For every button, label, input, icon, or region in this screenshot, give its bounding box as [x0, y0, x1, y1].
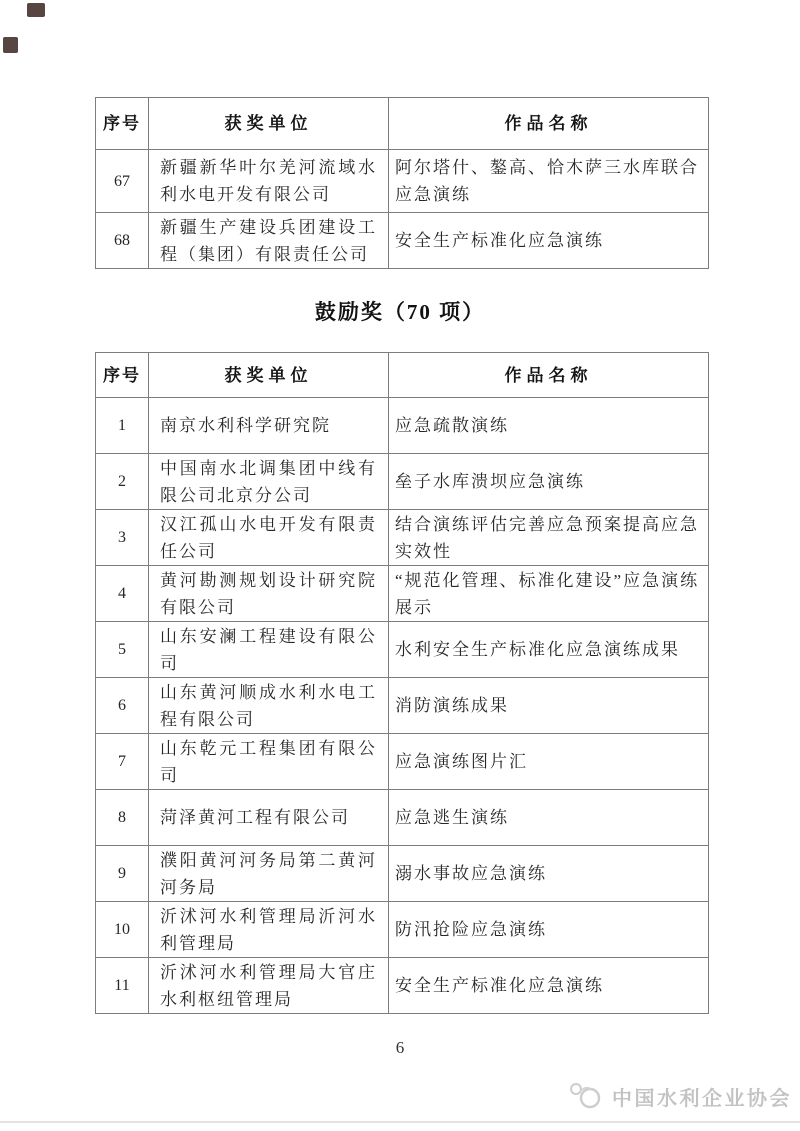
column-header-unit: 获奖单位 — [149, 353, 389, 398]
table-row: 5山东安澜工程建设有限公司水利安全生产标准化应急演练成果 — [96, 622, 709, 678]
award-table-top: 序号 获奖单位 作品名称 67新疆新华叶尔羌河流域水利水电开发有限公司阿尔塔什、… — [95, 97, 709, 269]
row-number-cell: 7 — [96, 734, 149, 790]
column-header-number: 序号 — [96, 98, 149, 150]
water-association-logo-icon — [567, 1080, 605, 1112]
unit-cell: 濮阳黄河河务局第二黄河河务局 — [149, 846, 389, 902]
column-header-number: 序号 — [96, 353, 149, 398]
work-cell: 防汛抢险应急演练 — [389, 902, 709, 958]
unit-cell: 沂沭河水利管理局沂河水利管理局 — [149, 902, 389, 958]
work-cell: 溺水事故应急演练 — [389, 846, 709, 902]
row-number-cell: 4 — [96, 566, 149, 622]
work-cell: 应急演练图片汇 — [389, 734, 709, 790]
page-number: 6 — [0, 1038, 800, 1058]
work-cell: 应急逃生演练 — [389, 790, 709, 846]
unit-cell: 山东黄河顺成水利水电工程有限公司 — [149, 678, 389, 734]
unit-cell: 山东安澜工程建设有限公司 — [149, 622, 389, 678]
column-header-unit: 获奖单位 — [149, 98, 389, 150]
unit-cell: 中国南水北调集团中线有限公司北京分公司 — [149, 454, 389, 510]
document-page: 序号 获奖单位 作品名称 67新疆新华叶尔羌河流域水利水电开发有限公司阿尔塔什、… — [0, 0, 800, 1131]
scan-artifact-mark — [27, 3, 45, 17]
unit-cell: 沂沭河水利管理局大官庄水利枢纽管理局 — [149, 958, 389, 1014]
row-number-cell: 3 — [96, 510, 149, 566]
table-header-row: 序号 获奖单位 作品名称 — [96, 353, 709, 398]
table-row: 11沂沭河水利管理局大官庄水利枢纽管理局安全生产标准化应急演练 — [96, 958, 709, 1014]
work-cell: 消防演练成果 — [389, 678, 709, 734]
row-number-cell: 68 — [96, 213, 149, 269]
unit-cell: 山东乾元工程集团有限公司 — [149, 734, 389, 790]
scan-artifact-mark — [3, 37, 18, 53]
table-row: 67新疆新华叶尔羌河流域水利水电开发有限公司阿尔塔什、鏊高、恰木萨三水库联合应急… — [96, 150, 709, 213]
row-number-cell: 2 — [96, 454, 149, 510]
row-number-cell: 1 — [96, 398, 149, 454]
unit-cell: 汉江孤山水电开发有限责任公司 — [149, 510, 389, 566]
column-header-work: 作品名称 — [389, 98, 709, 150]
row-number-cell: 5 — [96, 622, 149, 678]
table-row: 10沂沭河水利管理局沂河水利管理局防汛抢险应急演练 — [96, 902, 709, 958]
row-number-cell: 8 — [96, 790, 149, 846]
table-row: 4黄河勘测规划设计研究院有限公司“规范化管理、标准化建设”应急演练展示 — [96, 566, 709, 622]
unit-cell: 黄河勘测规划设计研究院有限公司 — [149, 566, 389, 622]
work-cell: 结合演练评估完善应急预案提高应急实效性 — [389, 510, 709, 566]
unit-cell: 菏泽黄河工程有限公司 — [149, 790, 389, 846]
table-row: 3汉江孤山水电开发有限责任公司结合演练评估完善应急预案提高应急实效性 — [96, 510, 709, 566]
table-row: 1南京水利科学研究院应急疏散演练 — [96, 398, 709, 454]
column-header-work: 作品名称 — [389, 353, 709, 398]
unit-cell: 南京水利科学研究院 — [149, 398, 389, 454]
row-number-cell: 9 — [96, 846, 149, 902]
table-row: 2中国南水北调集团中线有限公司北京分公司垒子水库溃坝应急演练 — [96, 454, 709, 510]
row-number-cell: 11 — [96, 958, 149, 1014]
table-row: 8菏泽黄河工程有限公司应急逃生演练 — [96, 790, 709, 846]
unit-cell: 新疆生产建设兵团建设工程（集团）有限责任公司 — [149, 213, 389, 269]
work-cell: 应急疏散演练 — [389, 398, 709, 454]
section-title: 鼓励奖（70 项） — [0, 296, 800, 326]
work-cell: 阿尔塔什、鏊高、恰木萨三水库联合应急演练 — [389, 150, 709, 213]
table-row: 9濮阳黄河河务局第二黄河河务局溺水事故应急演练 — [96, 846, 709, 902]
table-header-row: 序号 获奖单位 作品名称 — [96, 98, 709, 150]
association-name-watermark: 中国水利企业协会 — [612, 1082, 792, 1111]
work-cell: 安全生产标准化应急演练 — [389, 213, 709, 269]
row-number-cell: 10 — [96, 902, 149, 958]
unit-cell: 新疆新华叶尔羌河流域水利水电开发有限公司 — [149, 150, 389, 213]
row-number-cell: 6 — [96, 678, 149, 734]
table-row: 7山东乾元工程集团有限公司应急演练图片汇 — [96, 734, 709, 790]
table-row: 6山东黄河顺成水利水电工程有限公司消防演练成果 — [96, 678, 709, 734]
work-cell: 安全生产标准化应急演练 — [389, 958, 709, 1014]
work-cell: 水利安全生产标准化应急演练成果 — [389, 622, 709, 678]
work-cell: 垒子水库溃坝应急演练 — [389, 454, 709, 510]
table-row: 68新疆生产建设兵团建设工程（集团）有限责任公司安全生产标准化应急演练 — [96, 213, 709, 269]
award-table-main: 序号 获奖单位 作品名称 1南京水利科学研究院应急疏散演练2中国南水北调集团中线… — [95, 352, 709, 1014]
work-cell: “规范化管理、标准化建设”应急演练展示 — [389, 566, 709, 622]
row-number-cell: 67 — [96, 150, 149, 213]
footer-divider-line — [0, 1121, 800, 1123]
watermark-footer: 中国水利企业协会 — [567, 1080, 792, 1112]
